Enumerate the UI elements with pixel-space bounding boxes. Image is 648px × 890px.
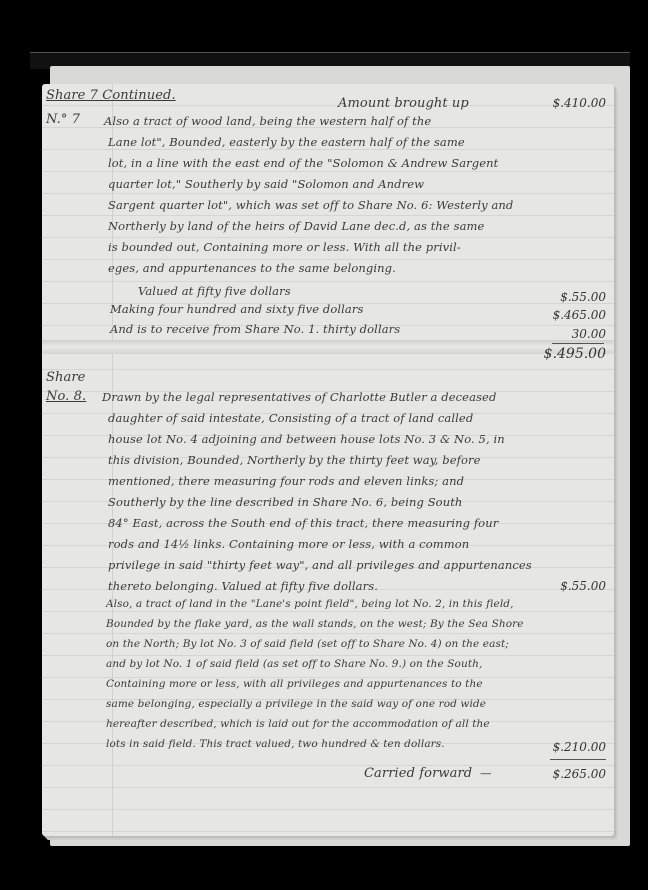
share7-line: is bounded out, Containing more or less.…: [108, 240, 461, 254]
brought-up-label: Amount brought up: [338, 96, 469, 111]
share8-also-line: same belonging, especially a privilege i…: [106, 698, 486, 710]
share7-making-amount: $.465.00: [536, 308, 606, 322]
share8-tract-amount: $.210.00: [536, 740, 606, 754]
share8-also-line: and by lot No. 1 of said field (as set o…: [106, 658, 482, 670]
share8-line: Southerly by the line described in Share…: [108, 495, 462, 509]
share7-valued-line: Valued at fifty five dollars: [138, 284, 291, 298]
sum-rule: [550, 759, 606, 760]
share7-line: eges, and appurtenances to the same belo…: [108, 261, 396, 275]
share8-also-line: Containing more or less, with all privil…: [106, 678, 483, 690]
share8-line: thereto belonging. Valued at fifty five …: [108, 579, 378, 593]
share8-also-line: Also, a tract of land in the "Lane's poi…: [106, 598, 514, 610]
share8-also-line: hereafter described, which is laid out f…: [106, 718, 490, 730]
page-fold: [42, 340, 614, 354]
carried-forward-label: Carried forward: [364, 766, 472, 781]
share8-line: privilege in said "thirty feet way", and…: [108, 558, 532, 572]
share7-making-line: Making four hundred and sixty five dolla…: [110, 302, 363, 316]
share7-line: Lane lot", Bounded, easterly by the east…: [108, 135, 465, 149]
share8-also-line: on the North; By lot No. 3 of said field…: [106, 638, 509, 650]
share8-line: mentioned, there measuring four rods and…: [108, 474, 464, 488]
share8-heading: Share: [46, 370, 85, 385]
share7-receive-amount: 30.00: [536, 327, 606, 341]
brought-up-amount: $.410.00: [536, 96, 606, 110]
share7-receive-line: And is to receive from Share No. 1. thir…: [110, 322, 400, 336]
share8-line: daughter of said intestate, Consisting o…: [108, 411, 473, 425]
share8-line: rods and 14½ links. Containing more or l…: [108, 537, 469, 551]
share8-line: house lot No. 4 adjoining and between ho…: [108, 432, 505, 446]
share8-also-line: lots in said field. This tract valued, t…: [106, 738, 445, 750]
share8-line: Drawn by the legal representatives of Ch…: [102, 390, 496, 404]
share8-number: No. 8.: [46, 389, 86, 404]
sum-rule: [552, 343, 604, 344]
share7-total-amount: $.495.00: [536, 346, 606, 362]
share7-line: quarter lot," Southerly by said "Solomon…: [108, 177, 424, 191]
share7-heading: Share 7 Continued.: [46, 88, 176, 103]
share7-line: Sargent quarter lot", which was set off …: [108, 198, 513, 212]
share7-line: Northerly by land of the heirs of David …: [108, 219, 484, 233]
share8-valued-amount: $.55.00: [536, 579, 606, 593]
carried-dash: —: [480, 766, 492, 780]
share8-line: this division, Bounded, Northerly by the…: [108, 453, 481, 467]
share7-line: lot, in a line with the east end of the …: [108, 156, 498, 170]
share7-number: N.° 7: [46, 112, 80, 127]
share8-also-line: Bounded by the flake yard, as the wall s…: [106, 618, 524, 630]
ledger-page: Share 7 Continued. Amount brought up $.4…: [42, 84, 614, 836]
share7-line: Also a tract of wood land, being the wes…: [104, 114, 431, 128]
carried-forward-amount: $.265.00: [536, 767, 606, 781]
share8-line: 84° East, across the South end of this t…: [108, 516, 498, 530]
share7-valued-amount: $.55.00: [536, 290, 606, 304]
